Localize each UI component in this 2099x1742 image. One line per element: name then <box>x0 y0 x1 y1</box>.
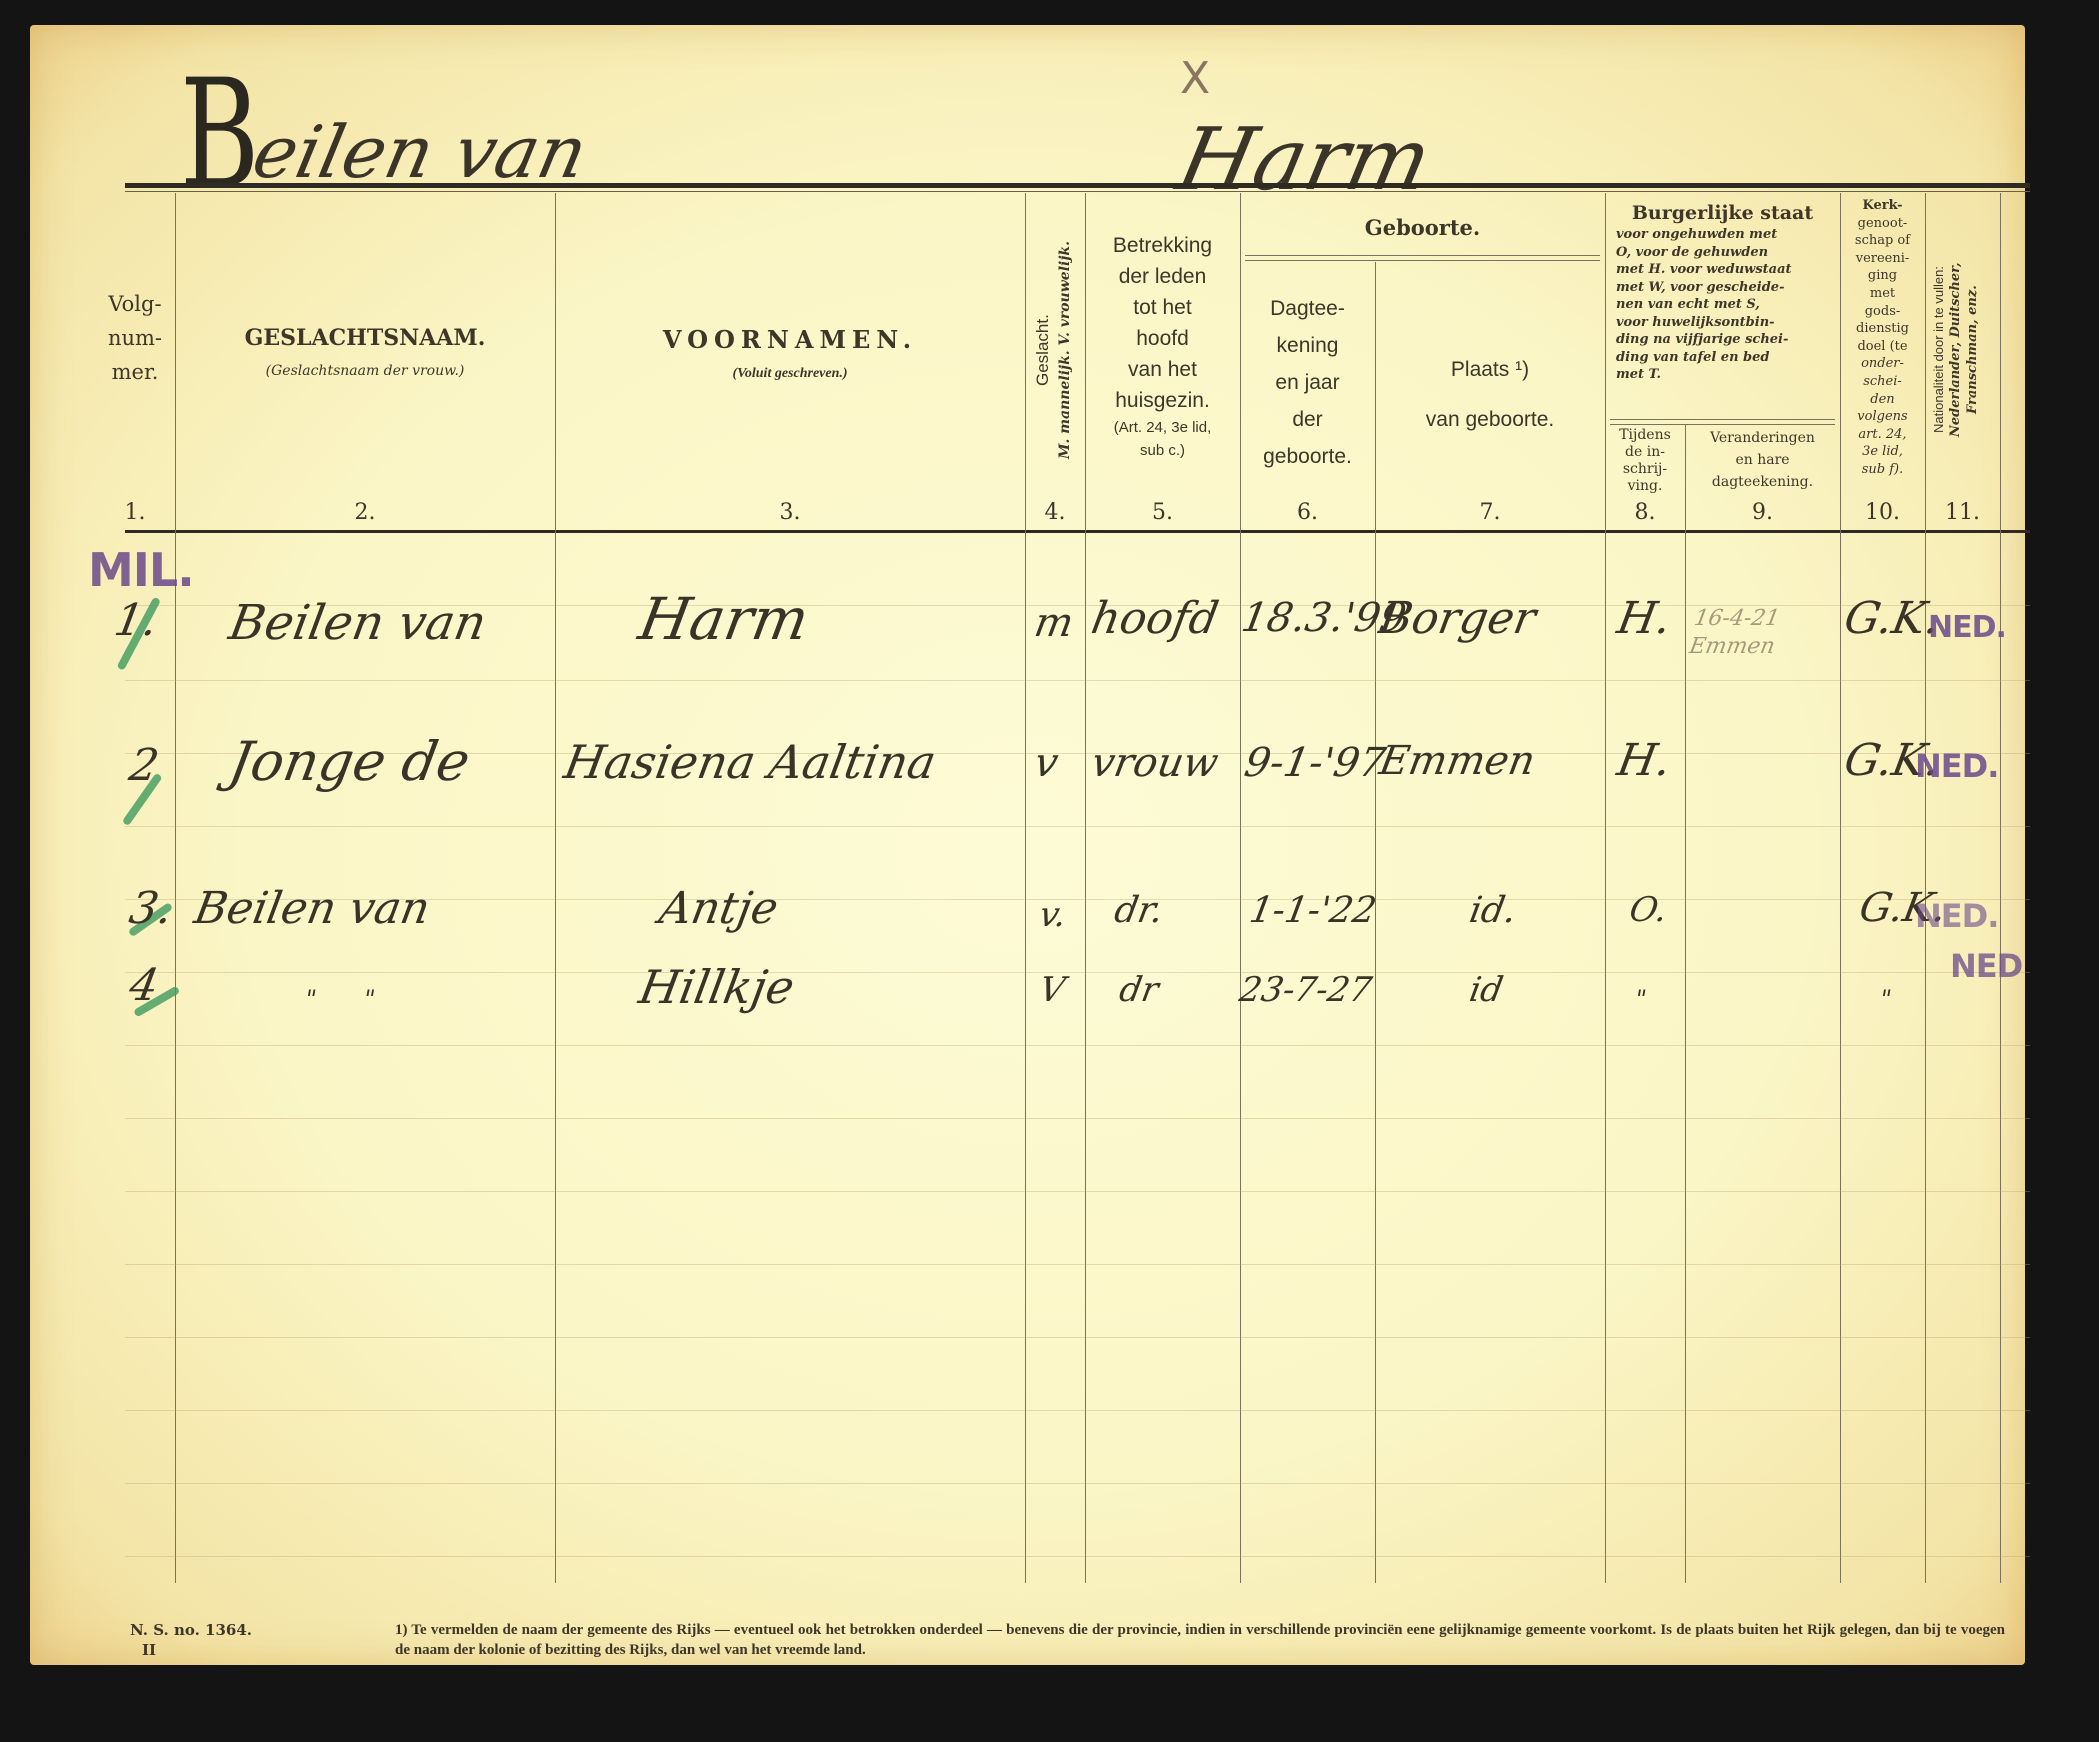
desc-line: O, voor de gehuwden <box>1616 244 1835 262</box>
header-text: 3e lid, <box>1840 443 1925 461</box>
header-label: Nationaliteit door in te vullen: <box>1931 267 1946 434</box>
header-text: vereeni- <box>1840 250 1925 268</box>
header-text: met <box>1840 285 1925 303</box>
header-geboorte-group: Geboorte. <box>1240 215 1605 240</box>
ruled-line <box>125 1410 2030 1411</box>
entry-4-burgerlijke-staat: " <box>1633 985 1649 1013</box>
header-top-rule <box>125 183 2030 188</box>
header-bottom-rule <box>125 530 2030 533</box>
header-text: num- <box>95 321 175 355</box>
header-text: mer. <box>95 355 175 389</box>
header-text: Dagtee- <box>1240 290 1375 327</box>
col-number-11: 11. <box>1925 500 2000 525</box>
entry-2-voornamen: Hasiena Aaltina <box>560 735 940 789</box>
header-text: en hare <box>1685 449 1840 471</box>
col-number-7: 7. <box>1375 500 1605 525</box>
header-text: der leden <box>1085 261 1240 292</box>
ruled-line <box>125 1045 2030 1046</box>
header-volgnummer: Volg- num- mer. <box>95 287 175 389</box>
desc-line: met T. <box>1616 366 1835 384</box>
entry-3-geboortedatum: 1-1-'22 <box>1246 890 1379 931</box>
entry-1-nationaliteit-stamp: NED. <box>1928 610 2006 645</box>
header-description: voor ongehuwden met O, voor de gehuwden … <box>1610 226 1835 384</box>
header-text: volgens <box>1840 408 1925 426</box>
col-number-3: 3. <box>555 500 1025 525</box>
entry-4-kerkgenootschap: " <box>1878 985 1894 1013</box>
header-subtext: sub c.) <box>1085 440 1240 462</box>
header-text: van het <box>1085 354 1240 385</box>
desc-line: ding van tafel en bed <box>1616 349 1835 367</box>
header-text: genoot- <box>1840 215 1925 233</box>
desc-line: ding na vijfjarige schei- <box>1616 331 1835 349</box>
entry-3-voornamen: Antje <box>656 883 782 934</box>
col-divider-3 <box>1025 193 1026 1583</box>
header-burgerlijke-staat-group: Burgerlijke staat voor ongehuwden met O,… <box>1610 200 1835 384</box>
col-number-4: 4. <box>1025 500 1085 525</box>
header-label: GESLACHTSNAAM. <box>175 325 555 351</box>
entry-1-betrekking: hoofd <box>1088 593 1223 644</box>
header-sublabel: M. mannelijk. V. vrouwelijk. <box>1057 241 1073 459</box>
entry-4-geslacht: V <box>1036 970 1068 1010</box>
col-number-9: 9. <box>1685 500 1840 525</box>
header-text: sub f). <box>1840 461 1925 479</box>
ruled-line <box>125 1483 2030 1484</box>
header-text: gods- <box>1840 303 1925 321</box>
header-nationaliteit: Nationaliteit door in te vullen: Nederla… <box>1930 205 1995 495</box>
entry-1-burgerlijke-staat: H. <box>1614 593 1675 644</box>
ruled-line <box>125 680 2030 681</box>
header-betrekking: Betrekking der leden tot het hoofd van h… <box>1085 230 1240 462</box>
header-text: kening <box>1240 327 1375 364</box>
entry-1-geslacht: m <box>1031 600 1077 646</box>
col-divider-2 <box>555 193 556 1583</box>
header-text: Volg- <box>95 287 175 321</box>
header-text: geboorte. <box>1240 438 1375 475</box>
col-divider-6 <box>1375 262 1376 1583</box>
entry-3-volgnummer: 3. <box>126 883 177 934</box>
header-sublabel: Nederlander, Duitscher, <box>1948 263 1963 438</box>
col-number-10: 10. <box>1840 500 1925 525</box>
entry-2-betrekking: vrouw <box>1088 740 1222 786</box>
header-kerkgenootschap: Kerk- genoot- schap of vereeni- ging met… <box>1840 197 1925 479</box>
header-tijdens-inschrijving: Tijdens de in- schrij- ving. <box>1605 427 1685 495</box>
ruled-line <box>125 1264 2030 1265</box>
entry-1-geboorteplaats: Borger <box>1376 593 1540 644</box>
header-text: der <box>1240 401 1375 438</box>
col-divider-11 <box>2000 193 2001 1583</box>
header-sublabel: (Geslachtsnaam der vrouw.) <box>175 363 555 379</box>
form-number: N. S. no. 1364. II <box>130 1620 252 1660</box>
header-text: Kerk- <box>1840 197 1925 215</box>
col-number-1: 1. <box>95 500 175 525</box>
mil-stamp: MIL. <box>88 543 194 597</box>
entry-2-geslachtsnaam: Jonge de <box>224 730 474 793</box>
ruled-line <box>125 1118 2030 1119</box>
header-text: schap of <box>1840 232 1925 250</box>
col-number-6: 6. <box>1240 500 1375 525</box>
registration-card: X B eilen van Harm Volg- num- mer. 1. GE… <box>30 25 2025 1665</box>
entry-1-voornamen: Harm <box>634 585 814 653</box>
header-label: Geslacht. <box>1033 314 1052 386</box>
form-number-text: N. S. no. 1364. <box>130 1620 252 1640</box>
header-text: Plaats ¹) <box>1375 345 1605 395</box>
header-dagteekening: Dagtee- kening en jaar der geboorte. <box>1240 290 1375 475</box>
entry-3-nationaliteit-stamp: NED. <box>1915 897 1998 935</box>
entry-1-volgnummer: 1. <box>111 595 162 646</box>
header-text: Betrekking <box>1085 230 1240 261</box>
entry-3-burgerlijke-staat: O. <box>1626 890 1670 930</box>
header-text: hoofd <box>1085 323 1240 354</box>
entry-2-nationaliteit-stamp: NED. <box>1915 747 1998 785</box>
ruled-line <box>125 972 2030 973</box>
header-text: onder- <box>1840 355 1925 373</box>
header-text: ging <box>1840 267 1925 285</box>
entry-3-geslachtsnaam: Beilen van <box>191 883 434 934</box>
entry-4-betrekking: dr <box>1116 970 1161 1010</box>
header-text: dienstig <box>1840 320 1925 338</box>
header-text: Veranderingen <box>1685 427 1840 449</box>
header-text: van geboorte. <box>1375 395 1605 445</box>
geboorte-group-rule <box>1245 255 1600 261</box>
header-label: Burgerlijke staat <box>1610 200 1835 226</box>
entry-2-burgerlijke-staat: H. <box>1614 735 1675 786</box>
header-voornamen: VOORNAMEN. (Voluit geschreven.) <box>555 325 1025 382</box>
header-text: doel (te <box>1840 338 1925 356</box>
burgerlijke-staat-group-rule <box>1610 419 1835 425</box>
header-text: ving. <box>1605 478 1685 495</box>
header-text: dagteekening. <box>1685 471 1840 493</box>
ruled-line <box>125 1191 2030 1192</box>
col-number-8: 8. <box>1605 500 1685 525</box>
header-sublabel: Franschman, enz. <box>1965 286 1980 415</box>
entry-2-geboortedatum: 9-1-'97 <box>1241 740 1389 786</box>
pencil-x-mark: X <box>1180 53 1210 104</box>
entry-3-betrekking: dr. <box>1111 890 1166 931</box>
entry-4-voornamen: Hillkje <box>635 960 798 1014</box>
header-text: art. 24, <box>1840 426 1925 444</box>
form-series: II <box>130 1640 252 1660</box>
desc-line: voor ongehuwden met <box>1616 226 1835 244</box>
entry-4-geboorteplaats: id <box>1466 970 1506 1010</box>
header-subtext: (Art. 24, 3e lid, <box>1085 416 1240 440</box>
entry-3-geslacht: v. <box>1036 895 1069 935</box>
entry-2-geslacht: v <box>1031 740 1062 786</box>
header-text: tot het <box>1085 292 1240 323</box>
header-geslacht: Geslacht. M. mannelijk. V. vrouwelijk. <box>1032 205 1080 495</box>
header-sublabel: (Voluit geschreven.) <box>555 366 1025 382</box>
header-label: VOORNAMEN. <box>555 325 1025 354</box>
ruled-line <box>125 826 2030 827</box>
desc-line: voor huwelijksontbin- <box>1616 314 1835 332</box>
title-surname: eilen van <box>246 110 594 194</box>
header-text: den <box>1840 391 1925 409</box>
desc-line: nen van echt met S, <box>1616 296 1835 314</box>
entry-1-geslachtsnaam: Beilen van <box>225 595 490 651</box>
entry-4-nationaliteit-stamp: NED <box>1950 947 2022 985</box>
header-text: huisgezin. <box>1085 385 1240 416</box>
header-veranderingen: Veranderingen en hare dagteekening. <box>1685 427 1840 493</box>
ruled-line <box>125 1556 2030 1557</box>
header-plaats: Plaats ¹) van geboorte. <box>1375 345 1605 445</box>
header-geslachtsnaam: GESLACHTSNAAM. (Geslachtsnaam der vrouw.… <box>175 325 555 379</box>
entry-3-geboorteplaats: id. <box>1466 890 1519 931</box>
entry-4-geslachtsnaam: " " <box>303 985 378 1013</box>
header-top-rule-thin <box>125 191 2030 192</box>
header-text: schrij- <box>1605 461 1685 478</box>
header-text: Tijdens <box>1605 427 1685 444</box>
header-text: de in- <box>1605 444 1685 461</box>
col-number-5: 5. <box>1085 500 1240 525</box>
title-firstname: Harm <box>1169 110 1439 210</box>
header-text: en jaar <box>1240 364 1375 401</box>
footnote: 1) Te vermelden de naam der gemeente des… <box>395 1620 2005 1660</box>
ruled-line <box>125 1337 2030 1338</box>
desc-line: met W, voor gescheide- <box>1616 279 1835 297</box>
desc-line: met H. voor weduwstaat <box>1616 261 1835 279</box>
entry-2-geboorteplaats: Emmen <box>1376 738 1539 784</box>
entry-1-veranderingen: 16-4-21 Emmen <box>1687 605 1787 661</box>
header-text: schei- <box>1840 373 1925 391</box>
col-number-2: 2. <box>175 500 555 525</box>
entry-4-geboortedatum: 23-7-27 <box>1236 970 1374 1010</box>
col-divider-7 <box>1605 193 1606 1583</box>
